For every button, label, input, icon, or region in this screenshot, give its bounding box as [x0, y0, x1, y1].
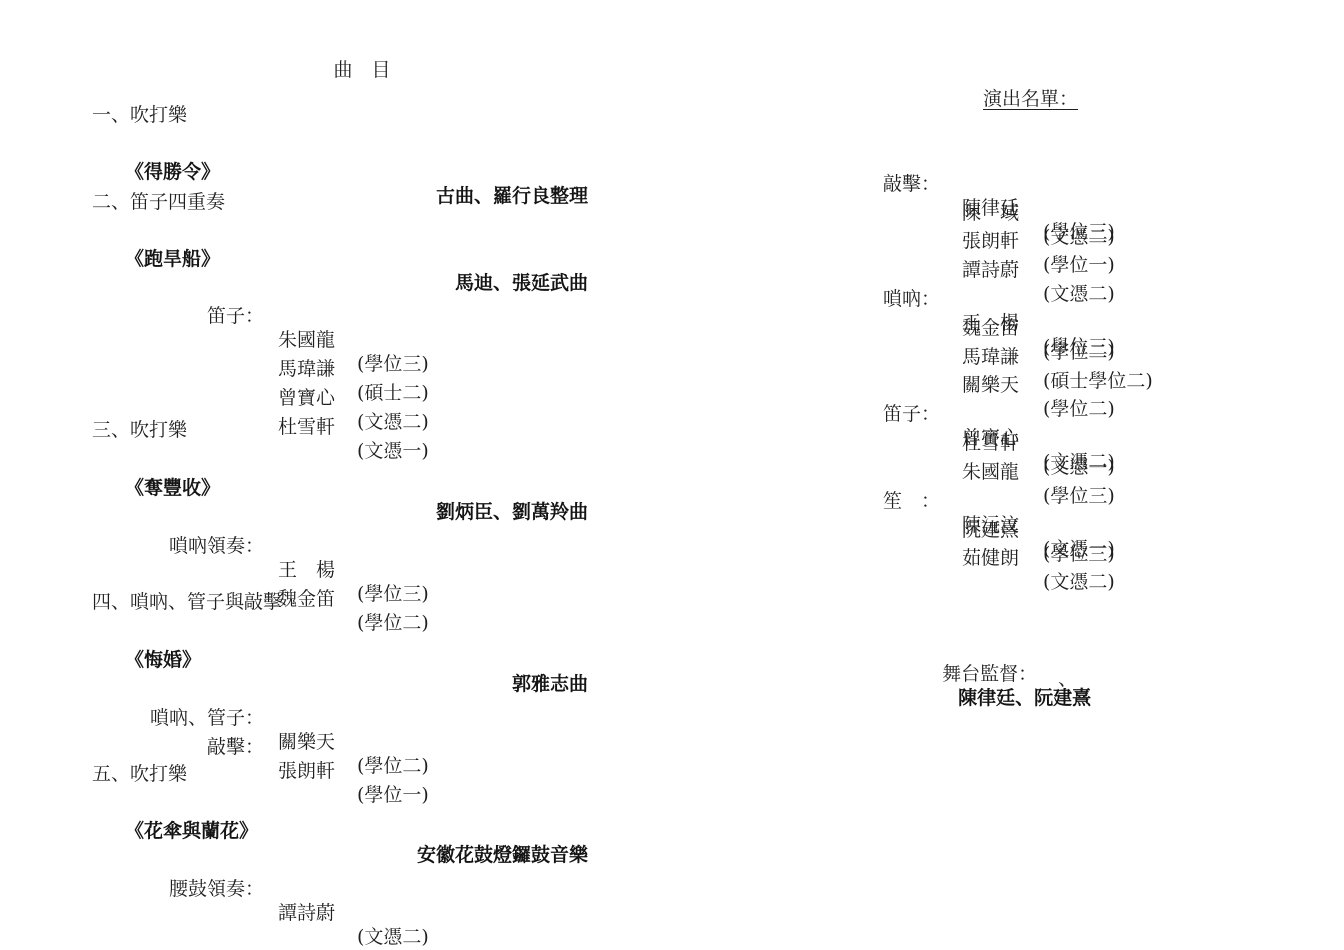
- roster-row: 杜雪軒 (文憑一): [883, 407, 1203, 431]
- roster-row: 關樂天 (學位二): [883, 349, 1203, 373]
- stage-manager-line: 舞台監督： 陳律廷、阮建熹: [918, 638, 1091, 662]
- performer-row: 笛子： 朱國龍 (學位三): [92, 280, 588, 304]
- performer-row: 腰鼓領奏： 譚詩蔚 (文憑二): [92, 853, 588, 877]
- stage-manager-label: 舞台監督：: [942, 663, 1037, 685]
- performer-row: 魏金笛 (學位二): [92, 539, 588, 563]
- section-2-piece-title: 《跑旱船》: [125, 247, 220, 271]
- section-5-heading: 五、吹打樂: [92, 762, 588, 786]
- performer-role-label: 敲擊：: [92, 735, 264, 759]
- roster-member-name: 茹健朗: [962, 546, 1019, 570]
- roster-row: 阮建熹 (學位三): [883, 494, 1203, 518]
- section-3-piece-line: 《奪豐收》 劉炳臣、劉萬羚曲: [92, 452, 588, 476]
- performer-role-label: 腰鼓領奏：: [92, 877, 264, 901]
- section-1-heading: 一、吹打樂: [92, 103, 588, 127]
- performer-row: 曾寶心 (文憑二): [92, 338, 588, 362]
- section-1-piece-line: 《得勝令》 古曲、羅行良整理: [92, 136, 588, 160]
- section-5-piece-title: 《花傘與蘭花》: [125, 819, 258, 843]
- performer-row: 嗩吶、管子： 關樂天 (學位二): [92, 682, 588, 706]
- performer-row: 馬瑋謙 (碩士二): [92, 309, 588, 333]
- performer-row: 杜雪軒 (文憑一): [92, 367, 588, 391]
- section-3-piece-title: 《奪豐收》: [125, 476, 220, 500]
- programme-page: 曲 目 一、吹打樂 《得勝令》 古曲、羅行良整理 二、笛子四重奏 《跑旱船》 馬…: [0, 0, 1344, 950]
- roster-row: 譚詩蔚 (文憑二): [883, 234, 1203, 258]
- section-2-heading: 二、笛子四重奏: [92, 190, 588, 214]
- section-1-piece-title: 《得勝令》: [125, 160, 220, 184]
- roster-row: 笙 ： 陳沅汶 (文憑一): [883, 465, 1203, 489]
- programme-title: 曲 目: [92, 58, 632, 82]
- performer-row: 嗩吶領奏： 王 楊 (學位三): [92, 510, 588, 534]
- section-2-piece-line: 《跑旱船》 馬迪、張延武曲: [92, 223, 588, 247]
- performer-name: 譚詩蔚: [278, 901, 335, 925]
- section-4-heading: 四、嗩吶、管子與敲擊: [92, 590, 588, 614]
- roster-member-grade: (文憑二): [1043, 570, 1115, 594]
- roster-row: 馬瑋謙 (碩士學位二): [883, 321, 1203, 345]
- performer-grade: (文憑二): [357, 925, 429, 949]
- section-4-piece-line: 《悔婚》 郭雅志曲: [92, 624, 588, 648]
- section-4-piece-title: 《悔婚》: [125, 648, 201, 672]
- roster-title: 演出名單：: [983, 87, 1078, 111]
- roster-row: 笛子： 曾寶心 (文憑二): [883, 378, 1203, 402]
- section-3-heading: 三、吹打樂: [92, 418, 588, 442]
- roster-row: 敲擊： 陳律廷 (學位三): [883, 148, 1203, 172]
- roster-row: 茹健朗 (文憑二): [883, 522, 1203, 546]
- performer-row: 敲擊： 張朗軒 (學位一): [92, 711, 588, 735]
- roster-row: 嗩吶： 王 楊 (學位三): [883, 263, 1203, 287]
- roster-row: 魏金笛 (學位二): [883, 292, 1203, 316]
- roster-row: 朱國龍 (學位三): [883, 436, 1203, 460]
- roster-row: 陳 域 (文憑二): [883, 177, 1203, 201]
- section-5-piece-line: 《花傘與蘭花》 安徽花鼓燈鑼鼓音樂: [92, 795, 588, 819]
- stray-comma: 、: [1058, 667, 1077, 691]
- roster-row: 張朗軒 (學位一): [883, 205, 1203, 229]
